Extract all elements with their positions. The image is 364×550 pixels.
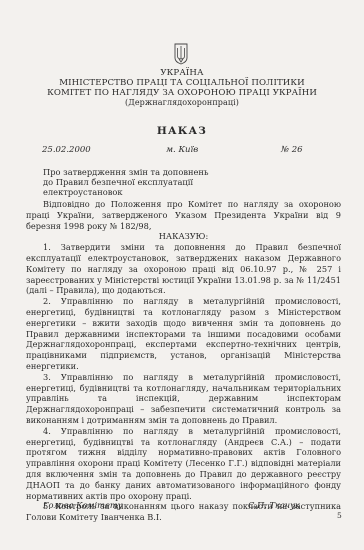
signatory-position: Голова Комітету [43, 500, 123, 510]
signatory-name: С.П. Ткачук [248, 500, 300, 510]
page-number: 5 [337, 511, 342, 520]
subject-line: Про затвердження змін та доповнень [43, 167, 208, 177]
header-ministry: МІНІСТЕРСТВО ПРАЦІ ТА СОЦІАЛЬНОЇ ПОЛІТИК… [0, 78, 364, 88]
order-number: № 26 [281, 145, 303, 155]
order-item-1: 1. Затвердити зміни та доповнення до Пра… [26, 242, 341, 296]
document-title: НАКАЗ [0, 125, 364, 137]
order-item-3: 3. Управлінню по нагляду в металургійній… [26, 372, 341, 426]
header-abbreviation: (Держнаглядохоронпраці) [0, 98, 364, 108]
order-place: м. Київ [166, 145, 198, 155]
order-body: Відповідно до Положення про Комітет по н… [26, 199, 341, 523]
order-word: НАКАЗУЮ: [26, 231, 341, 242]
order-date: 25.02.2000 [42, 145, 91, 155]
header-country: УКРАЇНА [0, 68, 364, 78]
order-subject: Про затвердження змін та доповнень до Пр… [43, 167, 208, 198]
order-item-2: 2. Управлінню по нагляду в металургійній… [26, 296, 341, 372]
document-page: УКРАЇНА МІНІСТЕРСТВО ПРАЦІ ТА СОЦІАЛЬНОЇ… [0, 0, 364, 550]
header-committee: КОМІТЕТ ПО НАГЛЯДУ ЗА ОХОРОНОЮ ПРАЦІ УКР… [0, 88, 364, 98]
order-item-4: 4. Управлінню по нагляду в металургійній… [26, 426, 341, 502]
subject-line: до Правил безпечної експлуатації [43, 177, 208, 187]
trident-icon [174, 43, 188, 65]
subject-line: електроустановок [43, 187, 208, 197]
preamble: Відповідно до Положення про Комітет по н… [26, 199, 341, 231]
